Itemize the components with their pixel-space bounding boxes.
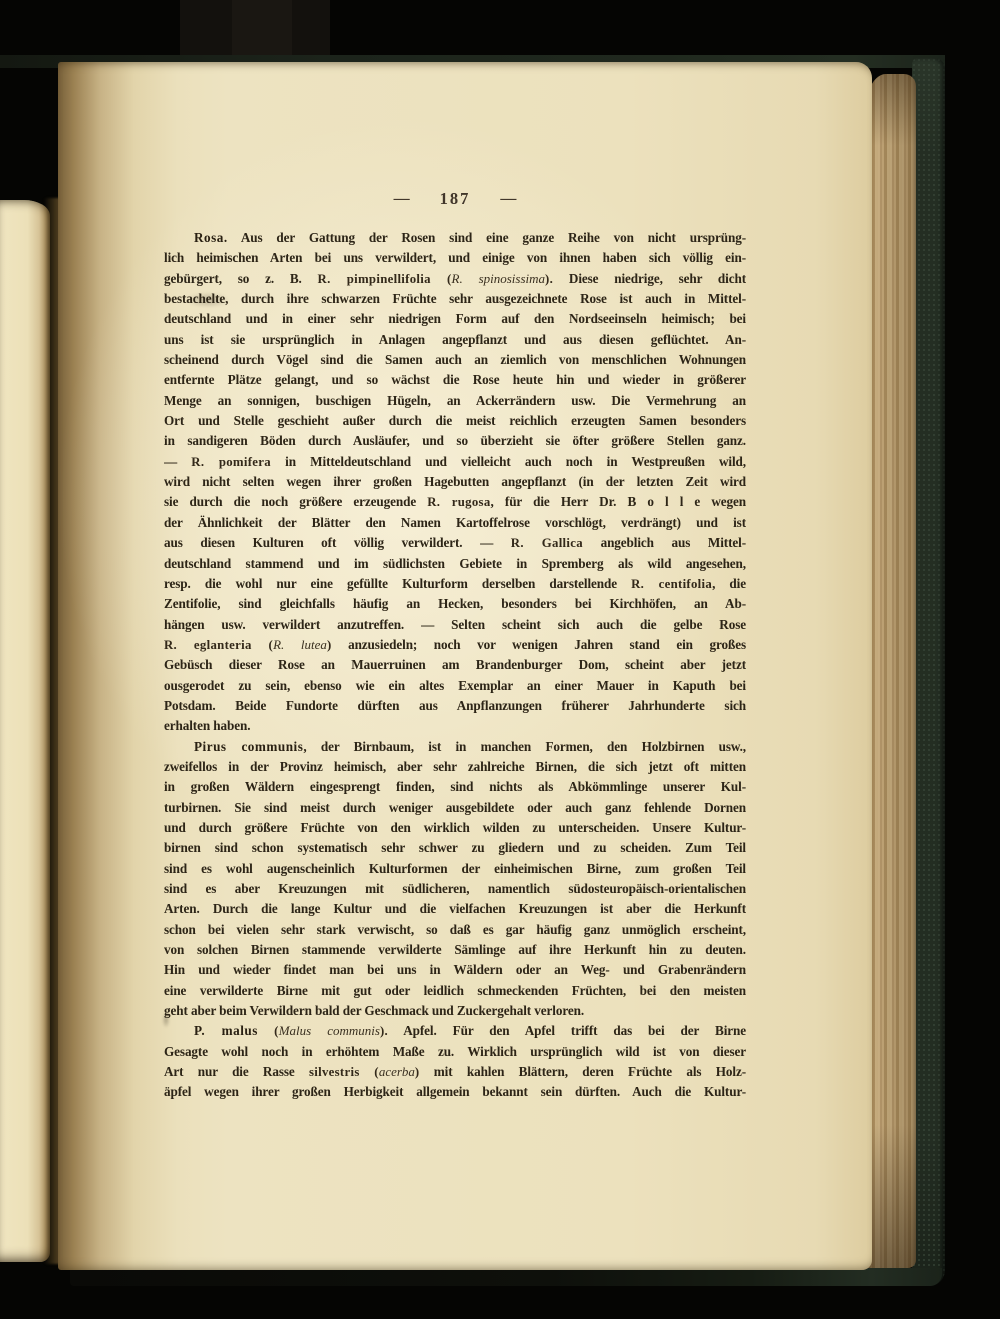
- text-line: Hin und wieder findet man bei uns in Wäl…: [164, 960, 746, 980]
- body-text: Aus der Gattung der Rosen sind eine ganz…: [228, 230, 746, 245]
- text-line: turbirnen. Sie sind meist durch weniger …: [164, 798, 746, 818]
- text-line: Rosa. Aus der Gattung der Rosen sind ein…: [164, 228, 746, 248]
- latin-name: R. rugosa: [427, 495, 490, 509]
- latin-name: (: [252, 638, 273, 652]
- text-line: deutschland und in einer sehr niedrigen …: [164, 309, 746, 329]
- body-text: und durch größere Früchte von den wirkli…: [164, 820, 746, 835]
- latin-name: R. pomifera: [191, 455, 271, 469]
- body-text: mit kahlen Blättern, deren Früchte als H…: [419, 1064, 746, 1079]
- body-text: Hin und wieder findet man bei uns in Wäl…: [164, 962, 746, 977]
- latin-name: ).: [545, 272, 553, 286]
- body-text: geht aber beim Verwildern bald der Gesch…: [164, 1003, 584, 1018]
- text-line: entfernte Plätze gelangt, und so wächst …: [164, 370, 746, 390]
- latin-name-italic: R. spinosissima: [452, 271, 546, 286]
- text-line: in großen Wäldern eingesprengt finden, s…: [164, 777, 746, 797]
- body-text: anzusiedeln; noch vor wenigen Jahren sta…: [332, 637, 747, 652]
- body-text: Potsdam. Beide Fundorte dürften aus Anpf…: [164, 698, 746, 713]
- text-line: Potsdam. Beide Fundorte dürften aus Anpf…: [164, 696, 746, 716]
- latin-name: silvestris: [309, 1065, 360, 1079]
- body-text: uns ist sie ursprünglich in Anlagen ange…: [164, 332, 746, 347]
- paragraph: P. malus (Malus communis). Apfel. Für de…: [164, 1021, 746, 1102]
- text-line: der Ähnlichkeit der Blätter den Namen Ka…: [164, 513, 746, 533]
- latin-name: R. eglanteria: [164, 638, 252, 652]
- latin-name: (: [360, 1065, 379, 1079]
- latin-name: (: [258, 1024, 279, 1038]
- text-line: Menge an sonnigen, buschigen Hügeln, an …: [164, 391, 746, 411]
- text-line: sind es aber Kreuzungen mit südlicheren,…: [164, 879, 746, 899]
- body-text: Apfel. Für den Apfel trifft das bei der …: [388, 1023, 746, 1038]
- text-line: geht aber beim Verwildern bald der Gesch…: [164, 1001, 746, 1021]
- body-text: äpfel wegen ihrer großen Herbigkeit allg…: [164, 1084, 746, 1099]
- text-line: schon bei vielen sehr stark verwischt, s…: [164, 920, 746, 940]
- body-text: Ort und Stelle geschieht außer durch die…: [164, 413, 746, 428]
- text-line: Gebüsch dieser Rose an Mauerruinen am Br…: [164, 655, 746, 675]
- text-line: sie durch die noch größere erzeugende R.…: [164, 492, 746, 512]
- body-text: Art nur die Rasse: [164, 1064, 309, 1079]
- body-text: deutschland stammend und im südlichsten …: [164, 556, 746, 571]
- body-text: hängen usw. verwildert anzutreffen. — Se…: [164, 617, 746, 632]
- body-text: , der Birnbaum, ist in manchen Formen, d…: [303, 739, 746, 754]
- body-text: von solchen Birnen stammende verwilderte…: [164, 942, 746, 957]
- body-text: angeblich aus Mittel-: [583, 535, 746, 550]
- latin-name: ).: [380, 1024, 388, 1038]
- text-line: eine verwilderte Birne mit gut oder leid…: [164, 981, 746, 1001]
- text-line: Ort und Stelle geschieht außer durch die…: [164, 411, 746, 431]
- text-line: birnen sind schon systematisch sehr schw…: [164, 838, 746, 858]
- latin-name: R. centifolia: [631, 577, 712, 591]
- text-line: in sandigeren Böden durch Ausläufer, und…: [164, 431, 746, 451]
- text-line: hängen usw. verwildert anzutreffen. — Se…: [164, 615, 746, 635]
- text-line: Arten. Durch die lange Kultur und die vi…: [164, 899, 746, 919]
- background-shadow: [232, 0, 292, 56]
- text-line: Art nur die Rasse silvestris (acerba) mi…: [164, 1062, 746, 1082]
- text-block: Rosa. Aus der Gattung der Rosen sind ein…: [164, 228, 746, 1103]
- text-line: wird nicht selten wegen ihrer großen Hag…: [164, 472, 746, 492]
- body-text: der Ähnlichkeit der Blätter den Namen Ka…: [164, 515, 746, 530]
- text-line: aus diesen Kulturen oft völlig verwilder…: [164, 533, 746, 553]
- latin-name-italic: R. lutea: [273, 637, 327, 652]
- body-text: Arten. Durch die lange Kultur und die vi…: [164, 901, 746, 916]
- text-line: lich heimischen Arten bei uns verwildert…: [164, 248, 746, 268]
- text-line: Gesagte wohl noch in erhöhtem Maße zu. W…: [164, 1042, 746, 1062]
- header-left-dash: —: [394, 190, 410, 208]
- body-text: in großen Wäldern eingesprengt finden, s…: [164, 779, 746, 794]
- body-text: gebürgert, so z. B.: [164, 271, 318, 286]
- body-text: in Mitteldeutschland und vielleicht auch…: [271, 454, 746, 469]
- body-text: Diese niedrige, sehr dicht: [553, 271, 746, 286]
- text-line: uns ist sie ursprünglich in Anlagen ange…: [164, 330, 746, 350]
- latin-name: R. pimpinellifolia: [318, 272, 431, 286]
- latin-name: R. Gallica: [511, 536, 583, 550]
- body-text: ousgerodet zu sein, ebenso wie ein altes…: [164, 678, 746, 693]
- paragraph: Pirus communis, der Birnbaum, ist in man…: [164, 737, 746, 1022]
- paragraph: Rosa. Aus der Gattung der Rosen sind ein…: [164, 228, 746, 737]
- body-text: resp. die wohl nur eine gefüllte Kulturf…: [164, 576, 631, 591]
- text-line: erhalten haben.: [164, 716, 746, 736]
- text-line: gebürgert, so z. B. R. pimpinellifolia (…: [164, 269, 746, 289]
- text-line: von solchen Birnen stammende verwilderte…: [164, 940, 746, 960]
- body-text: bestachelte, durch ihre schwarzen Frücht…: [164, 291, 746, 306]
- body-text: eine verwilderte Birne mit gut oder leid…: [164, 983, 746, 998]
- page-number: 187: [440, 189, 471, 209]
- body-text: scheinend durch Vögel sind die Samen auc…: [164, 352, 746, 367]
- text-line: und durch größere Früchte von den wirkli…: [164, 818, 746, 838]
- text-line: P. malus (Malus communis). Apfel. Für de…: [164, 1021, 746, 1041]
- body-text: Gesagte wohl noch in erhöhtem Maße zu. W…: [164, 1044, 746, 1059]
- text-line: Zentifolie, sind gleichfalls häufig an H…: [164, 594, 746, 614]
- text-line: Pirus communis, der Birnbaum, ist in man…: [164, 737, 746, 757]
- body-text: Gebüsch dieser Rose an Mauerruinen am Br…: [164, 657, 746, 672]
- body-text: sie durch die noch größere erzeugende: [164, 494, 427, 509]
- body-text: erhalten haben.: [164, 718, 250, 733]
- text-line: R. eglanteria (R. lutea) anzusiedeln; no…: [164, 635, 746, 655]
- text-line: deutschland stammend und im südlichsten …: [164, 554, 746, 574]
- page-header: — 187 —: [164, 189, 746, 209]
- body-text: sind es aber Kreuzungen mit südlicheren,…: [164, 881, 746, 896]
- latin-name: Pirus communis: [194, 739, 303, 754]
- body-text: turbirnen. Sie sind meist durch weniger …: [164, 800, 746, 815]
- latin-name: P. malus: [194, 1023, 258, 1038]
- latin-name-italic: Malus communis: [279, 1023, 380, 1038]
- text-line: scheinend durch Vögel sind die Samen auc…: [164, 350, 746, 370]
- body-text: —: [164, 454, 191, 469]
- book-photograph: — 187 — Rosa. Aus der Gattung der Rosen …: [0, 0, 1000, 1319]
- body-text: lich heimischen Arten bei uns verwildert…: [164, 250, 746, 265]
- body-text: deutschland und in einer sehr niedrigen …: [164, 311, 746, 326]
- body-text: aus diesen Kulturen oft völlig verwilder…: [164, 535, 511, 550]
- latin-name: Rosa.: [194, 230, 228, 245]
- body-text: in sandigeren Böden durch Ausläufer, und…: [164, 433, 746, 448]
- latin-name-italic: acerba: [379, 1064, 415, 1079]
- text-line: bestachelte, durch ihre schwarzen Frücht…: [164, 289, 746, 309]
- text-line: — R. pomifera in Mitteldeutschland und v…: [164, 452, 746, 472]
- text-line: resp. die wohl nur eine gefüllte Kulturf…: [164, 574, 746, 594]
- body-text: , für die Herr Dr. B o l l e wegen: [491, 494, 746, 509]
- body-text: Menge an sonnigen, buschigen Hügeln, an …: [164, 393, 746, 408]
- book-cover-bottom-edge: [70, 1268, 942, 1286]
- facing-page-edge: [0, 200, 50, 1262]
- body-text: schon bei vielen sehr stark verwischt, s…: [164, 922, 746, 937]
- body-text: entfernte Plätze gelangt, und so wächst …: [164, 372, 746, 387]
- book-page: — 187 — Rosa. Aus der Gattung der Rosen …: [58, 62, 872, 1270]
- text-line: zweifellos in der Provinz heimisch, aber…: [164, 757, 746, 777]
- body-text: Zentifolie, sind gleichfalls häufig an H…: [164, 596, 746, 611]
- text-line: äpfel wegen ihrer großen Herbigkeit allg…: [164, 1082, 746, 1102]
- body-text: , die: [712, 576, 746, 591]
- latin-name: (: [431, 272, 452, 286]
- text-line: ousgerodet zu sein, ebenso wie ein altes…: [164, 676, 746, 696]
- text-line: sind es wohl augenscheinlich Kulturforme…: [164, 859, 746, 879]
- body-text: sind es wohl augenscheinlich Kulturforme…: [164, 861, 746, 876]
- page-stack-fore-edge: [866, 74, 916, 1268]
- body-text: wird nicht selten wegen ihrer großen Hag…: [164, 474, 746, 489]
- body-text: birnen sind schon systematisch sehr schw…: [164, 840, 746, 855]
- body-text: zweifellos in der Provinz heimisch, aber…: [164, 759, 746, 774]
- header-right-dash: —: [500, 190, 516, 208]
- book-cover-right-board: [912, 58, 945, 1286]
